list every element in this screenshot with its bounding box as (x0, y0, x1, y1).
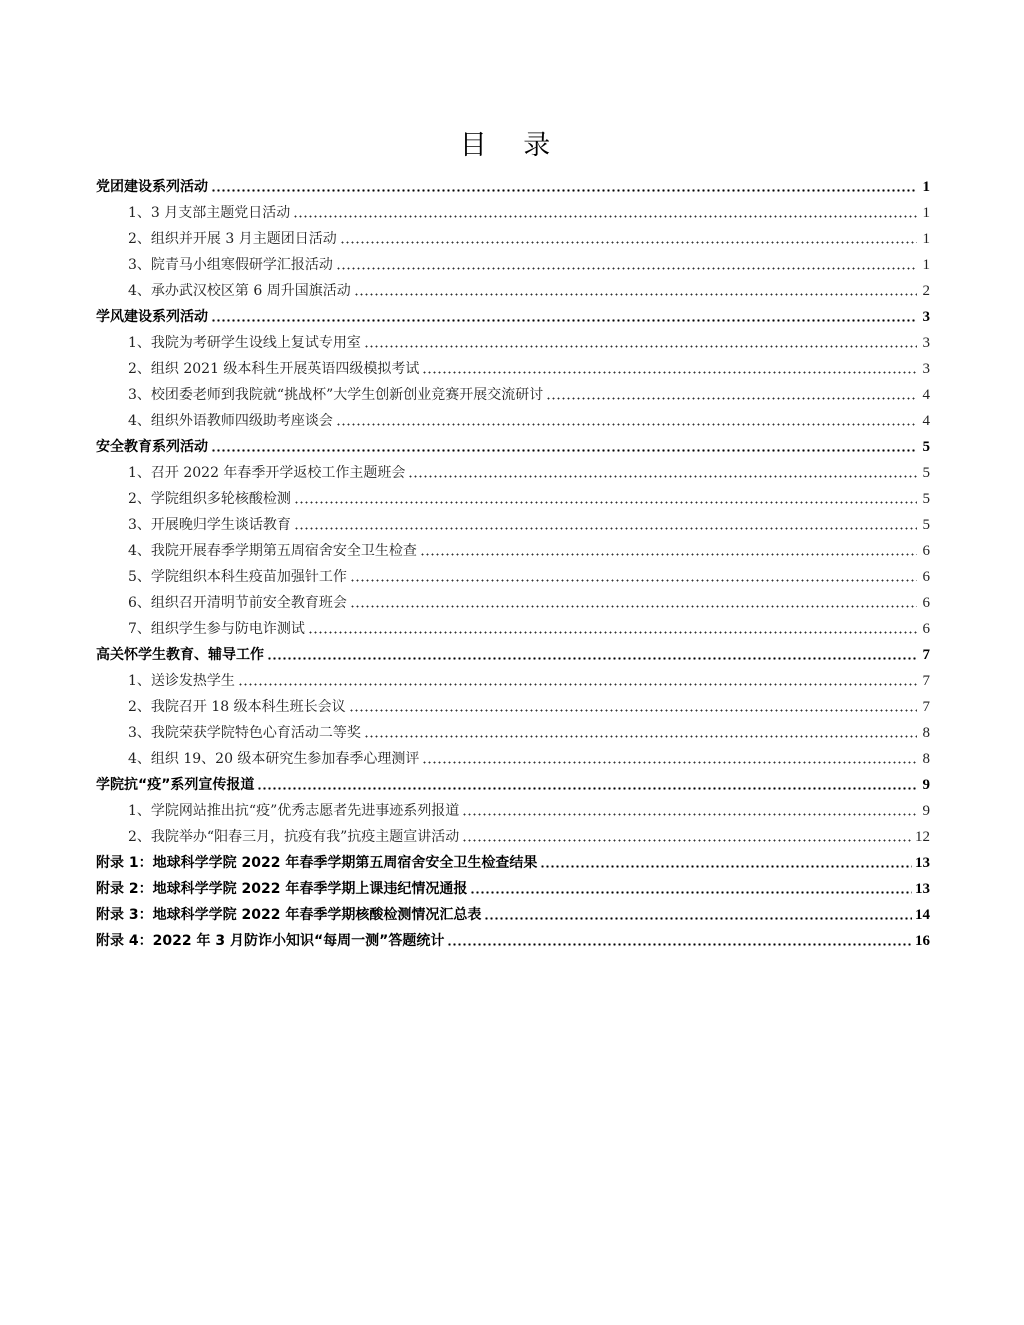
toc-appendix[interactable]: 附录 4：2022 年 3 月防诈小知识“每周一测”答题统计16 (96, 928, 930, 954)
toc-page-number: 7 (920, 694, 930, 720)
toc-page-number: 6 (920, 564, 930, 590)
dot-leader (294, 501, 917, 504)
dot-leader (422, 371, 917, 374)
toc-item[interactable]: 4、承办武汉校区第 6 周升国旗活动2 (96, 278, 930, 304)
toc-section[interactable]: 安全教育系列活动5 (96, 434, 930, 460)
toc-page-number: 8 (920, 746, 930, 772)
dot-leader (349, 709, 917, 712)
toc-entry-label: 2、学院组织多轮核酸检测 (128, 486, 291, 512)
toc-entry-label: 3、开展晚归学生谈话教育 (128, 512, 291, 538)
dot-leader (354, 293, 917, 296)
dot-leader (364, 735, 917, 738)
table-of-contents: 党团建设系列活动11、3 月支部主题党日活动12、组织并开展 3 月主题团日活动… (96, 174, 930, 954)
dot-leader (422, 761, 917, 764)
toc-item[interactable]: 3、院青马小组寒假研学汇报活动1 (96, 252, 930, 278)
toc-entry-label: 4、组织外语教师四级助考座谈会 (128, 408, 333, 434)
toc-page-number: 12 (915, 824, 930, 850)
toc-section[interactable]: 学风建设系列活动3 (96, 304, 930, 330)
toc-page-number: 7 (920, 642, 930, 668)
toc-item[interactable]: 2、我院召开 18 级本科生班长会议7 (96, 694, 930, 720)
toc-item[interactable]: 4、我院开展春季学期第五周宿舍安全卫生检查6 (96, 538, 930, 564)
dot-leader (340, 241, 917, 244)
toc-entry-label: 附录 4：2022 年 3 月防诈小知识“每周一测”答题统计 (96, 928, 444, 954)
dot-leader (293, 215, 917, 218)
toc-entry-label: 附录 2：地球科学学院 2022 年春季学期上课违纪情况通报 (96, 876, 467, 902)
toc-page-number: 5 (920, 512, 930, 538)
dot-leader (211, 449, 917, 452)
toc-page-number: 1 (920, 252, 930, 278)
toc-page-number: 7 (920, 668, 930, 694)
toc-item[interactable]: 1、3 月支部主题党日活动1 (96, 200, 930, 226)
toc-page-number: 4 (920, 408, 930, 434)
toc-item[interactable]: 1、学院网站推出抗“疫”优秀志愿者先进事迹系列报道9 (96, 798, 930, 824)
toc-item[interactable]: 4、组织外语教师四级助考座谈会4 (96, 408, 930, 434)
dot-leader (211, 189, 917, 192)
document-page: 目 录 党团建设系列活动11、3 月支部主题党日活动12、组织并开展 3 月主题… (0, 0, 1024, 1325)
toc-page-number: 4 (920, 382, 930, 408)
toc-appendix[interactable]: 附录 2：地球科学学院 2022 年春季学期上课违纪情况通报13 (96, 876, 930, 902)
dot-leader (364, 345, 917, 348)
dot-leader (336, 423, 917, 426)
dot-leader (447, 943, 912, 946)
toc-item[interactable]: 2、学院组织多轮核酸检测5 (96, 486, 930, 512)
toc-item[interactable]: 2、组织 2021 级本科生开展英语四级模拟考试3 (96, 356, 930, 382)
toc-entry-label: 4、承办武汉校区第 6 周升国旗活动 (128, 278, 351, 304)
toc-item[interactable]: 1、召开 2022 年春季开学返校工作主题班会5 (96, 460, 930, 486)
toc-entry-label: 高关怀学生教育、辅导工作 (96, 642, 264, 668)
toc-appendix[interactable]: 附录 1：地球科学学院 2022 年春季学期第五周宿舍安全卫生检查结果13 (96, 850, 930, 876)
toc-item[interactable]: 3、我院荣获学院特色心育活动二等奖8 (96, 720, 930, 746)
toc-item[interactable]: 1、送诊发热学生7 (96, 668, 930, 694)
toc-entry-label: 2、我院召开 18 级本科生班长会议 (128, 694, 346, 720)
dot-leader (294, 527, 917, 530)
dot-leader (350, 579, 917, 582)
toc-entry-label: 2、组织 2021 级本科生开展英语四级模拟考试 (128, 356, 419, 382)
toc-entry-label: 1、送诊发热学生 (128, 668, 235, 694)
toc-entry-label: 6、组织召开清明节前安全教育班会 (128, 590, 347, 616)
dot-leader (308, 631, 917, 634)
toc-page-number: 2 (920, 278, 930, 304)
toc-entry-label: 4、组织 19、20 级本研究生参加春季心理测评 (128, 746, 419, 772)
toc-page-number: 5 (920, 486, 930, 512)
dot-leader (257, 787, 917, 790)
toc-entry-label: 学风建设系列活动 (96, 304, 208, 330)
toc-page-number: 1 (920, 200, 930, 226)
toc-item[interactable]: 3、校团委老师到我院就“挑战杯”大学生创新创业竞赛开展交流研讨4 (96, 382, 930, 408)
dot-leader (470, 891, 912, 894)
toc-entry-label: 安全教育系列活动 (96, 434, 208, 460)
toc-entry-label: 1、学院网站推出抗“疫”优秀志愿者先进事迹系列报道 (128, 798, 459, 824)
toc-page-number: 9 (920, 772, 930, 798)
dot-leader (420, 553, 917, 556)
toc-page-number: 14 (915, 902, 930, 928)
toc-entry-label: 7、组织学生参与防电诈测试 (128, 616, 305, 642)
dot-leader (336, 267, 917, 270)
toc-page-number: 1 (920, 226, 930, 252)
toc-page-number: 3 (920, 330, 930, 356)
toc-entry-label: 党团建设系列活动 (96, 174, 208, 200)
toc-item[interactable]: 4、组织 19、20 级本研究生参加春季心理测评8 (96, 746, 930, 772)
toc-entry-label: 5、学院组织本科生疫苗加强针工作 (128, 564, 347, 590)
toc-appendix[interactable]: 附录 3：地球科学学院 2022 年春季学期核酸检测情况汇总表14 (96, 902, 930, 928)
toc-page-number: 8 (920, 720, 930, 746)
toc-page-number: 1 (920, 174, 930, 200)
toc-page-number: 5 (920, 434, 930, 460)
dot-leader (546, 397, 917, 400)
dot-leader (267, 657, 917, 660)
page-title: 目 录 (0, 128, 1024, 164)
toc-page-number: 9 (920, 798, 930, 824)
toc-item[interactable]: 1、我院为考研学生设线上复试专用室3 (96, 330, 930, 356)
toc-section[interactable]: 学院抗“疫”系列宣传报道9 (96, 772, 930, 798)
toc-item[interactable]: 7、组织学生参与防电诈测试6 (96, 616, 930, 642)
dot-leader (211, 319, 917, 322)
toc-entry-label: 2、我院举办“阳春三月，抗疫有我”抗疫主题宣讲活动 (128, 824, 459, 850)
toc-item[interactable]: 6、组织召开清明节前安全教育班会6 (96, 590, 930, 616)
toc-page-number: 13 (915, 850, 930, 876)
toc-page-number: 3 (920, 304, 930, 330)
toc-entry-label: 3、我院荣获学院特色心育活动二等奖 (128, 720, 361, 746)
toc-page-number: 6 (920, 616, 930, 642)
toc-page-number: 6 (920, 590, 930, 616)
toc-section[interactable]: 党团建设系列活动1 (96, 174, 930, 200)
toc-entry-label: 学院抗“疫”系列宣传报道 (96, 772, 254, 798)
toc-page-number: 6 (920, 538, 930, 564)
toc-page-number: 3 (920, 356, 930, 382)
toc-entry-label: 2、组织并开展 3 月主题团日活动 (128, 226, 337, 252)
dot-leader (350, 605, 917, 608)
dot-leader (408, 475, 917, 478)
toc-entry-label: 3、院青马小组寒假研学汇报活动 (128, 252, 333, 278)
toc-page-number: 5 (920, 460, 930, 486)
toc-entry-label: 附录 1：地球科学学院 2022 年春季学期第五周宿舍安全卫生检查结果 (96, 850, 537, 876)
toc-entry-label: 4、我院开展春季学期第五周宿舍安全卫生检查 (128, 538, 417, 564)
dot-leader (462, 813, 917, 816)
toc-page-number: 13 (915, 876, 930, 902)
toc-entry-label: 1、3 月支部主题党日活动 (128, 200, 290, 226)
dot-leader (540, 865, 912, 868)
toc-page-number: 16 (915, 928, 930, 954)
dot-leader (462, 839, 912, 842)
dot-leader (484, 917, 912, 920)
toc-entry-label: 附录 3：地球科学学院 2022 年春季学期核酸检测情况汇总表 (96, 902, 481, 928)
toc-item[interactable]: 5、学院组织本科生疫苗加强针工作6 (96, 564, 930, 590)
toc-item[interactable]: 2、我院举办“阳春三月，抗疫有我”抗疫主题宣讲活动12 (96, 824, 930, 850)
toc-item[interactable]: 2、组织并开展 3 月主题团日活动1 (96, 226, 930, 252)
toc-entry-label: 1、召开 2022 年春季开学返校工作主题班会 (128, 460, 405, 486)
toc-entry-label: 1、我院为考研学生设线上复试专用室 (128, 330, 361, 356)
toc-item[interactable]: 3、开展晚归学生谈话教育5 (96, 512, 930, 538)
toc-section[interactable]: 高关怀学生教育、辅导工作7 (96, 642, 930, 668)
toc-entry-label: 3、校团委老师到我院就“挑战杯”大学生创新创业竞赛开展交流研讨 (128, 382, 543, 408)
dot-leader (238, 683, 917, 686)
